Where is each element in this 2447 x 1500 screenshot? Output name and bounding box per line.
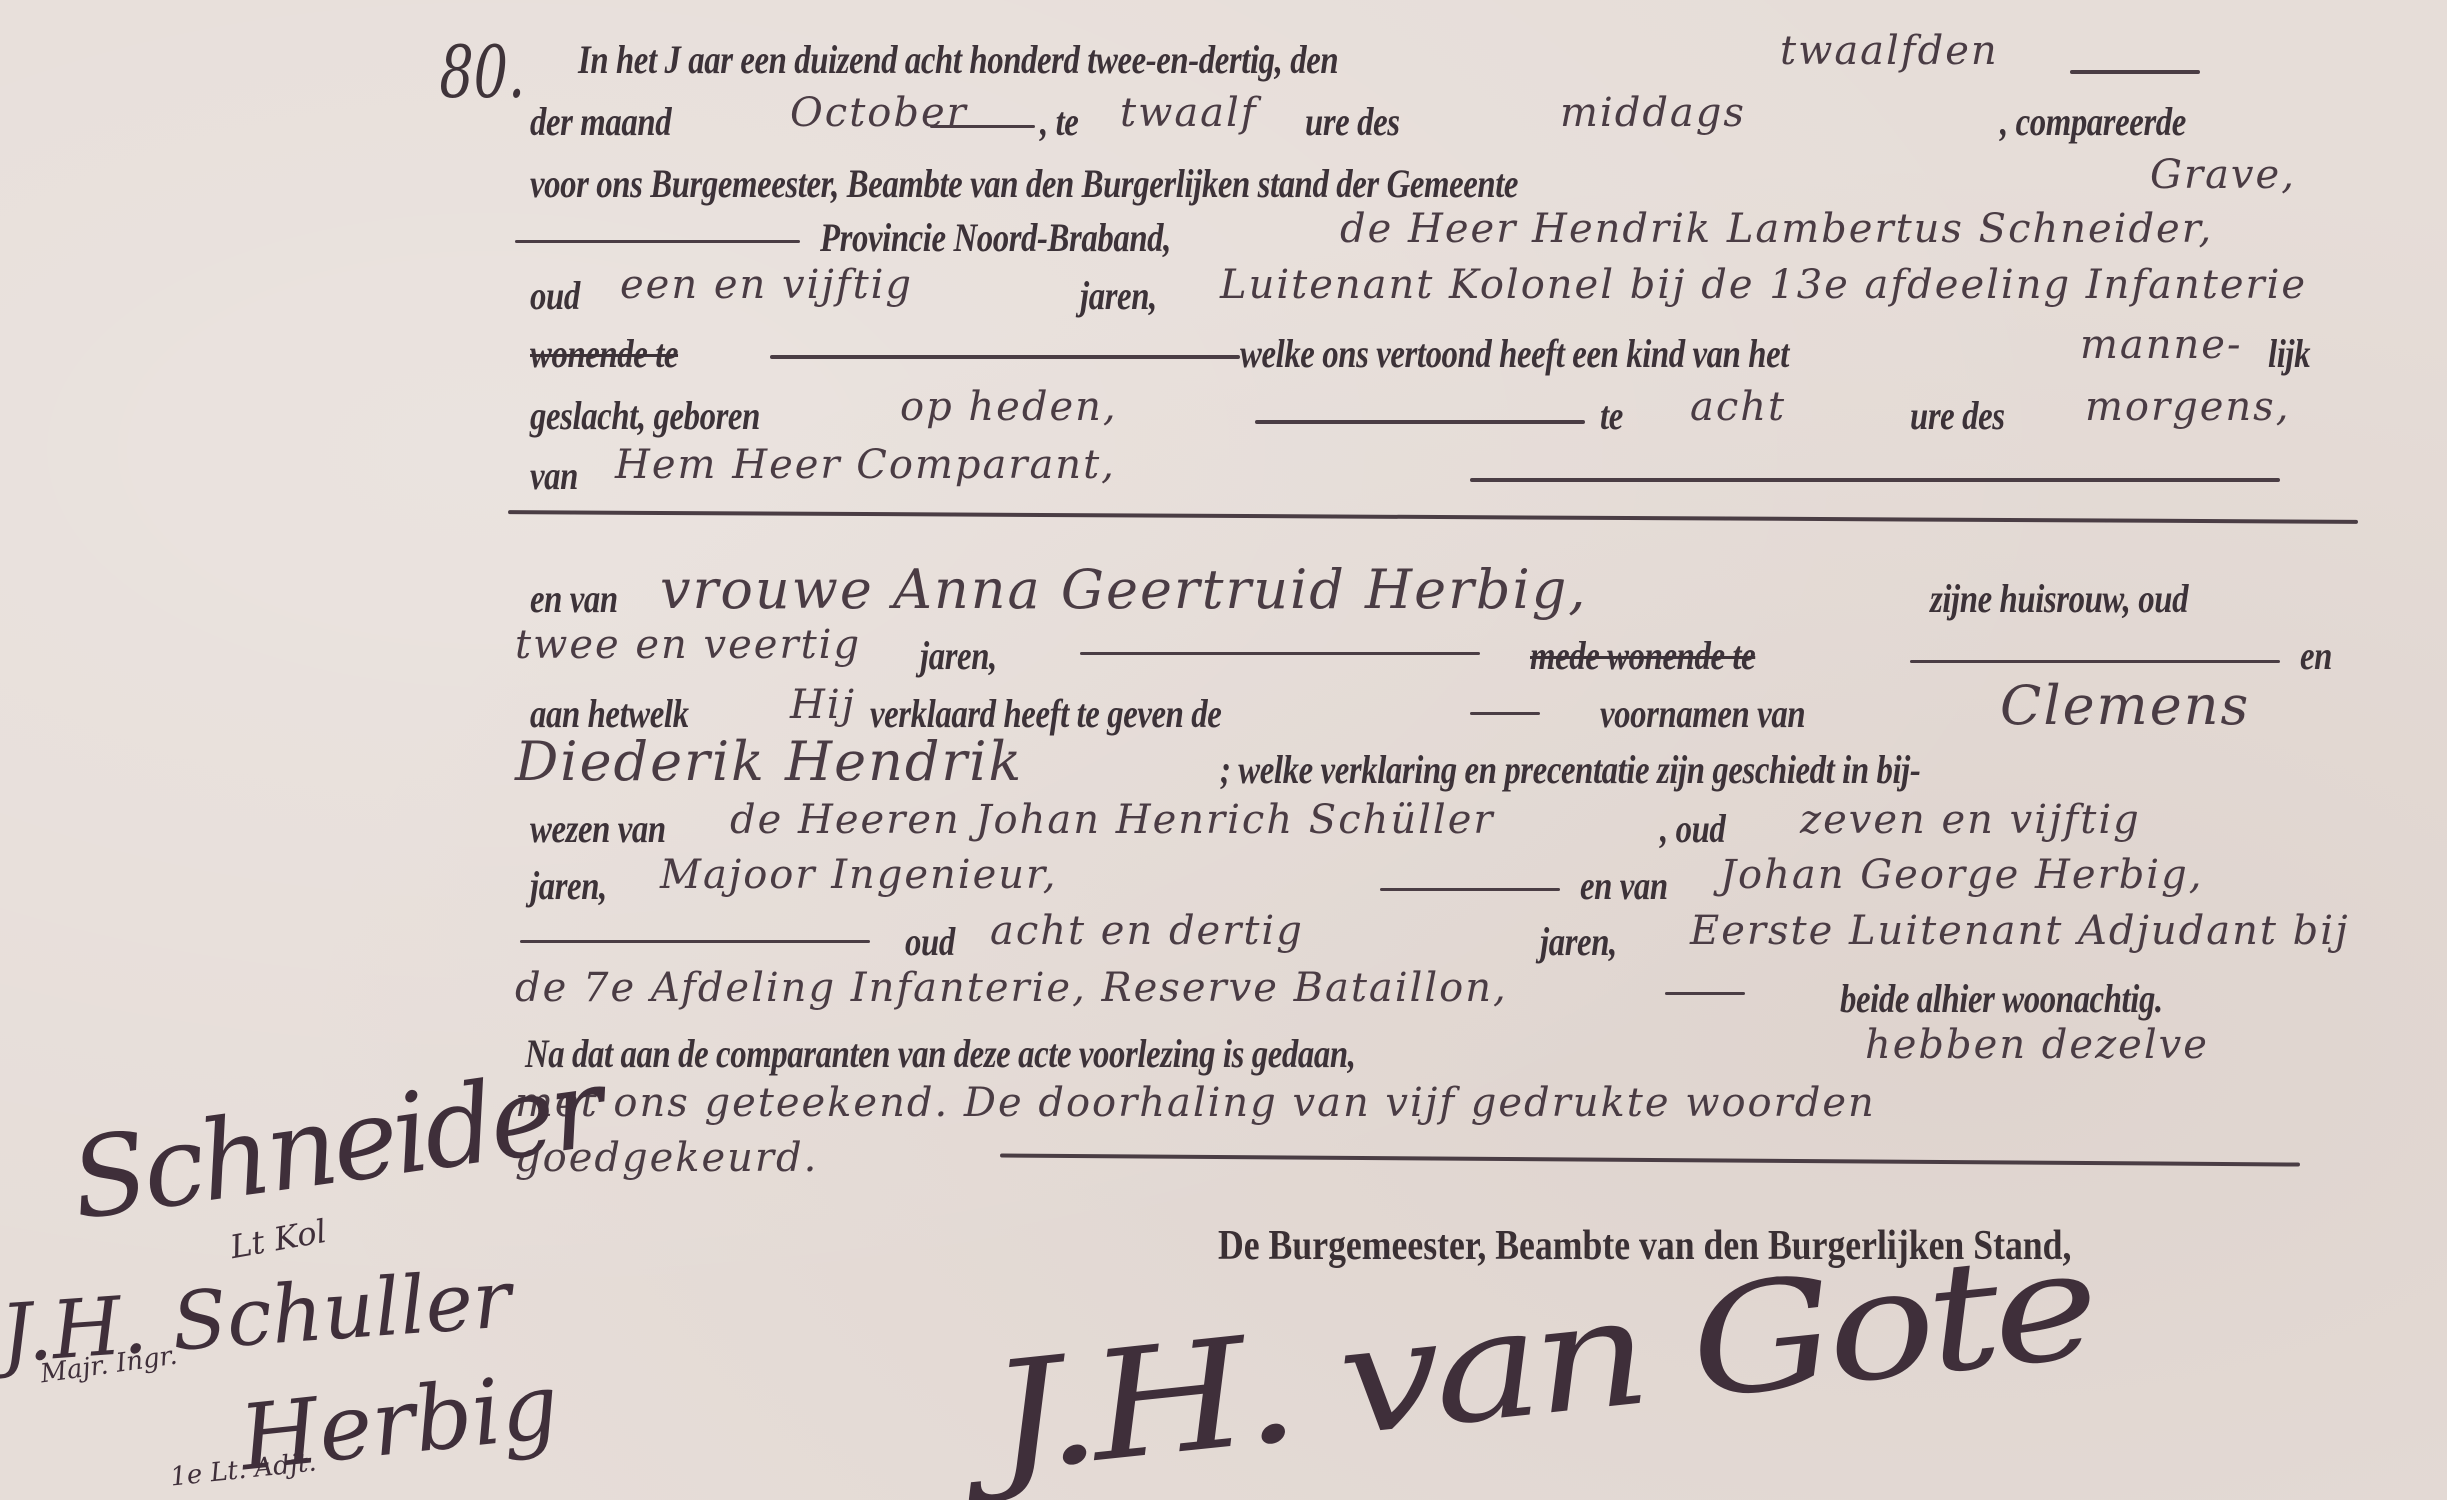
handwritten-witness-1-age: zeven en vijftig <box>1800 797 2141 843</box>
handwritten-sex: manne- <box>2080 322 2243 368</box>
handwritten-mother-age: twee en veertig <box>515 622 861 668</box>
fill-line <box>508 510 2358 524</box>
printed-text: lijk <box>2268 330 2310 377</box>
handwritten-witness-1-occupation: Majoor Ingenieur, <box>660 852 1057 898</box>
printed-text: jaren, <box>920 632 997 679</box>
fill-line <box>1380 888 1560 891</box>
printed-text: wezen van <box>530 805 666 852</box>
printed-text: ure des <box>1910 392 2005 439</box>
handwritten-birth-hour: acht <box>1690 384 1786 430</box>
printed-text: jaren, <box>1080 272 1157 319</box>
printed-text: , te <box>1040 98 1078 145</box>
printed-text: ; welke verklaring en precentatie zijn g… <box>1220 746 1920 793</box>
handwritten-age: een en vijftig <box>620 262 913 308</box>
fill-line <box>1470 712 1540 715</box>
printed-text: en <box>2300 632 2332 679</box>
handwritten-occupation: Luitenant Kolonel bij de 13e afdeeling I… <box>1220 262 2307 308</box>
printed-text: , oud <box>1660 805 1725 852</box>
handwritten-declarant: de Heer Hendrik Lambertus Schneider, <box>1340 206 2213 252</box>
fill-line <box>515 240 800 243</box>
struck-printed-text: wonende te <box>530 330 678 377</box>
handwritten-month: October <box>790 90 968 136</box>
fill-line <box>1470 478 2280 482</box>
register-page: 80. In het J aar een duizend acht honder… <box>0 0 2447 1500</box>
father-signature: Schneider <box>64 1044 608 1245</box>
handwritten-birth-daypart: morgens, <box>2085 384 2290 430</box>
handwritten-day: twaalfden <box>1780 28 1999 74</box>
printed-text: oud <box>530 272 580 319</box>
handwritten-witness-2-age: acht en dertig <box>990 908 1304 954</box>
fill-line <box>770 355 1240 359</box>
handwritten-birthdate: op heden, <box>900 384 1118 430</box>
fill-line <box>1000 1153 2300 1166</box>
fill-line <box>1910 660 2280 663</box>
printed-text: te <box>1600 392 1623 439</box>
handwritten-pronoun: Hij <box>790 682 856 728</box>
printed-text: en van <box>530 575 618 622</box>
fill-line <box>1080 652 1480 655</box>
handwritten-clause: met ons geteekend. De doorhaling van vij… <box>515 1080 1876 1126</box>
printed-text: en van <box>1580 862 1668 909</box>
printed-text: van <box>530 452 578 499</box>
printed-text: Na dat aan de comparanten van deze acte … <box>525 1030 1355 1077</box>
printed-text: geslacht, geboren <box>530 392 760 439</box>
handwritten-municipality: Grave, <box>2150 152 2296 198</box>
printed-text: Provincie Noord-Braband, <box>820 214 1171 261</box>
fill-line <box>1665 992 1745 995</box>
printed-text: oud <box>905 918 955 965</box>
printed-text: zijne huisrouw, oud <box>1930 575 2188 622</box>
printed-text: ure des <box>1305 98 1400 145</box>
printed-text: , compareerde <box>2000 98 2186 145</box>
printed-text: In het J aar een duizend acht honderd tw… <box>578 36 1338 83</box>
printed-text: jaren, <box>530 862 607 909</box>
printed-text: voornamen van <box>1600 690 1805 737</box>
handwritten-mother: vrouwe Anna Geertruid Herbig, <box>660 558 1587 621</box>
printed-text: welke ons vertoond heeft een kind van he… <box>1240 330 1789 377</box>
entry-number: 80. <box>439 30 525 114</box>
handwritten-witness-2-occupation: Eerste Luitenant Adjudant bij <box>1690 908 2349 954</box>
handwritten-witness-2: Johan George Herbig, <box>1720 852 2203 898</box>
handwritten-witness-2-unit: de 7e Afdeling Infanterie, Reserve Batai… <box>515 965 1508 1011</box>
handwritten-daypart: middags <box>1560 90 1746 136</box>
handwritten-child-name: Clemens <box>2000 674 2250 737</box>
handwritten-witness-1: de Heeren Johan Henrich Schüller <box>730 797 1495 843</box>
struck-printed-text: mede wonende te <box>1530 632 1755 679</box>
handwritten-father-ref: Hem Heer Comparant, <box>615 442 1116 488</box>
fill-line <box>2070 70 2200 74</box>
printed-text: voor ons Burgemeester, Beambte van den B… <box>530 160 1518 207</box>
handwritten-child-names: Diederik Hendrik <box>515 730 1023 793</box>
fill-line <box>1255 420 1585 424</box>
handwritten-hour: twaalf <box>1120 90 1258 136</box>
fill-line <box>930 125 1035 128</box>
fill-line <box>520 940 870 943</box>
printed-text: der maand <box>530 98 671 145</box>
handwritten-clause: hebben dezelve <box>1865 1022 2209 1068</box>
printed-text: beide alhier woonachtig. <box>1840 975 2163 1022</box>
printed-text: jaren, <box>1540 918 1617 965</box>
